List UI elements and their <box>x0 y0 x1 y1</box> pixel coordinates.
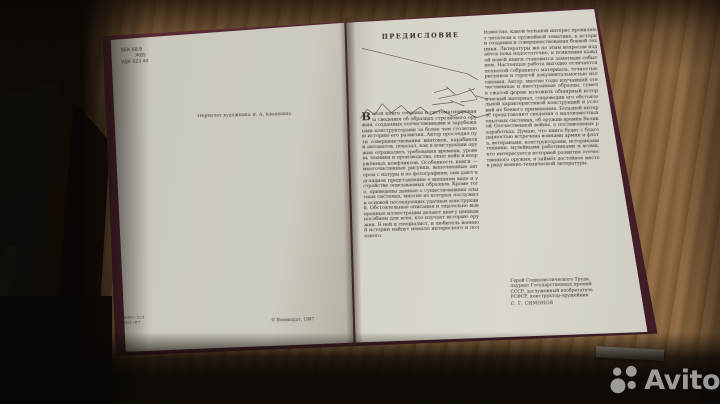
artist-credit-line: Переплет художника В. А. Квашнина <box>168 111 320 119</box>
avito-wordmark: Avito <box>644 365 720 396</box>
right-page: ПРЕДИСЛОВИЕ Вэтой книге собраны и систем… <box>346 4 658 349</box>
drop-cap: В <box>361 112 372 122</box>
preface-signature: Герой Социалистического Труда, лауреат Г… <box>510 277 607 307</box>
open-book: ББК 68.8 Ж85 УДК 623.44 Переплет художни… <box>92 4 662 363</box>
avito-watermark: Avito <box>608 358 720 402</box>
preface-text-2: Известно, какой большой интерес проявляю… <box>484 28 600 169</box>
signature-name: С. Г. СИМОНОВ <box>511 299 607 307</box>
book-photo-scene: N ББК 68.8 Ж85 УДК 623.44 Переплет худож… <box>0 0 720 404</box>
preface-text-1: этой книге собраны и систематизированы с… <box>362 110 479 240</box>
avito-logo-icon <box>608 361 641 399</box>
preface-column-1: Вэтой книге собраны и систематизированы … <box>361 110 480 311</box>
preface-column-2: Известно, какой большой интерес проявляю… <box>484 28 603 277</box>
